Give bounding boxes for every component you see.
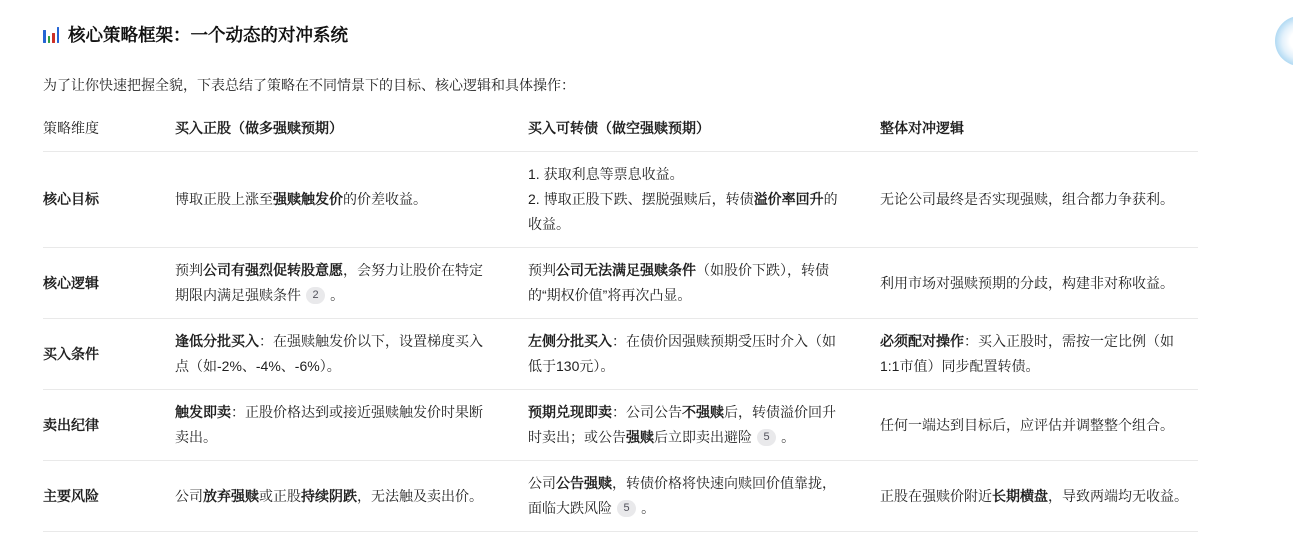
- column-header-buy-stock: 买入正股（做多强赎预期）: [175, 108, 528, 152]
- text-segment: 博取正股上涨至: [175, 191, 273, 207]
- intro-text: 为了让你快速把握全貌，下表总结了策略在不同情景下的目标、核心逻辑和具体操作：: [43, 75, 1293, 95]
- bar-chart-icon: [43, 27, 59, 43]
- emphasis-text: 放弃强赎: [203, 488, 259, 504]
- emphasis-text: 公司有强烈促转股意愿: [203, 262, 343, 278]
- emphasis-text: 不强赎: [682, 404, 724, 420]
- strategy-table-body: 核心目标博取正股上涨至强赎触发价的价差收益。1. 获取利息等票息收益。2. 博取…: [43, 152, 1198, 532]
- text-segment: 公司: [528, 475, 556, 491]
- citation-badge[interactable]: 2: [306, 287, 325, 304]
- table-cell: 公司放弃强赎或正股持续阴跌，无法触及卖出价。: [175, 461, 528, 532]
- text-segment: 预判: [528, 262, 556, 278]
- section-header: 核心策略框架：一个动态的对冲系统: [43, 22, 1293, 47]
- emphasis-text: 公司无法满足强赎条件: [556, 262, 696, 278]
- row-label: 主要风险: [43, 461, 175, 532]
- table-cell: 1. 获取利息等票息收益。2. 博取正股下跌、摆脱强赎后，转债溢价率回升的收益。: [528, 152, 880, 248]
- text-segment: 。: [781, 429, 795, 445]
- table-cell: 无论公司最终是否实现强赎，组合都力争获利。: [880, 152, 1198, 248]
- emphasis-text: 触发即卖: [175, 404, 231, 420]
- emphasis-text: 逢低分批买入: [175, 333, 259, 349]
- text-segment: 无论公司最终是否实现强赎，组合都力争获利。: [880, 191, 1174, 207]
- emphasis-text: 左侧分批买入: [528, 333, 612, 349]
- text-segment: ，无法触及卖出价。: [357, 488, 483, 504]
- table-cell: 左侧分批买入：在债价因强赎预期受压时介入（如低于130元）。: [528, 319, 880, 390]
- row-label: 核心逻辑: [43, 248, 175, 319]
- emphasis-text: 公告强赎: [556, 475, 612, 491]
- column-header-buy-convertible: 买入可转债（做空强赎预期）: [528, 108, 880, 152]
- text-segment: ：公司公告: [612, 404, 682, 420]
- text-segment: 。: [330, 287, 344, 303]
- table-row: 主要风险公司放弃强赎或正股持续阴跌，无法触及卖出价。公司公告强赎，转债价格将快速…: [43, 461, 1198, 532]
- table-cell: 正股在强赎价附近长期横盘，导致两端均无收益。: [880, 461, 1198, 532]
- table-cell: 任何一端达到目标后，应评估并调整整个组合。: [880, 390, 1198, 461]
- row-label: 卖出纪律: [43, 390, 175, 461]
- table-cell: 博取正股上涨至强赎触发价的价差收益。: [175, 152, 528, 248]
- emphasis-text: 溢价率回升: [754, 191, 824, 207]
- page: 核心策略框架：一个动态的对冲系统 为了让你快速把握全貌，下表总结了策略在不同情景…: [0, 0, 1293, 532]
- text-segment: 或正股: [259, 488, 301, 504]
- table-cell: 必须配对操作：买入正股时，需按一定比例（如1:1市值）同步配置转债。: [880, 319, 1198, 390]
- text-segment: 的价差收益。: [343, 191, 427, 207]
- text-segment: 正股在强赎价附近: [880, 488, 992, 504]
- table-cell: 预判公司有强烈促转股意愿，会努力让股价在特定期限内满足强赎条件2。: [175, 248, 528, 319]
- row-label: 核心目标: [43, 152, 175, 248]
- text-segment: 2. 博取正股下跌、摆脱强赎后，转债: [528, 191, 754, 207]
- text-segment: 后立即卖出避险: [654, 429, 752, 445]
- table-cell: 触发即卖：正股价格达到或接近强赎触发价时果断卖出。: [175, 390, 528, 461]
- emphasis-text: 长期横盘: [992, 488, 1048, 504]
- column-header-hedge-logic: 整体对冲逻辑: [880, 108, 1198, 152]
- emphasis-text: 预期兑现即卖: [528, 404, 612, 420]
- text-segment: 任何一端达到目标后，应评估并调整整个组合。: [880, 417, 1174, 433]
- citation-badge[interactable]: 5: [617, 500, 636, 517]
- row-label: 买入条件: [43, 319, 175, 390]
- table-cell: 预期兑现即卖：公司公告不强赎后，转债溢价回升时卖出；或公告强赎后立即卖出避险5。: [528, 390, 880, 461]
- table-cell: 利用市场对强赎预期的分歧，构建非对称收益。: [880, 248, 1198, 319]
- text-segment: 利用市场对强赎预期的分歧，构建非对称收益。: [880, 275, 1174, 291]
- strategy-table: 策略维度 买入正股（做多强赎预期） 买入可转债（做空强赎预期） 整体对冲逻辑 核…: [43, 108, 1198, 532]
- table-row: 卖出纪律触发即卖：正股价格达到或接近强赎触发价时果断卖出。预期兑现即卖：公司公告…: [43, 390, 1198, 461]
- citation-badge[interactable]: 5: [757, 429, 776, 446]
- section-title: 核心策略框架：一个动态的对冲系统: [68, 22, 348, 47]
- table-header-row: 策略维度 买入正股（做多强赎预期） 买入可转债（做空强赎预期） 整体对冲逻辑: [43, 108, 1198, 152]
- text-segment: 。: [641, 500, 655, 516]
- table-row: 核心目标博取正股上涨至强赎触发价的价差收益。1. 获取利息等票息收益。2. 博取…: [43, 152, 1198, 248]
- text-segment: 预判: [175, 262, 203, 278]
- text-segment: 公司: [175, 488, 203, 504]
- table-cell: 预判公司无法满足强赎条件（如股价下跌），转债的“期权价值”将再次凸显。: [528, 248, 880, 319]
- text-segment: 1. 获取利息等票息收益。: [528, 166, 684, 182]
- table-cell: 公司公告强赎，转债价格将快速向赎回价值靠拢，面临大跌风险5。: [528, 461, 880, 532]
- table-row: 买入条件逢低分批买入：在强赎触发价以下，设置梯度买入点（如-2%、-4%、-6%…: [43, 319, 1198, 390]
- emphasis-text: 必须配对操作: [880, 333, 964, 349]
- table-cell: 逢低分批买入：在强赎触发价以下，设置梯度买入点（如-2%、-4%、-6%）。: [175, 319, 528, 390]
- column-header-dimension: 策略维度: [43, 108, 175, 152]
- emphasis-text: 强赎触发价: [273, 191, 343, 207]
- text-segment: ，导致两端均无收益。: [1048, 488, 1188, 504]
- emphasis-text: 持续阴跌: [301, 488, 357, 504]
- emphasis-text: 强赎: [626, 429, 654, 445]
- table-row: 核心逻辑预判公司有强烈促转股意愿，会努力让股价在特定期限内满足强赎条件2。预判公…: [43, 248, 1198, 319]
